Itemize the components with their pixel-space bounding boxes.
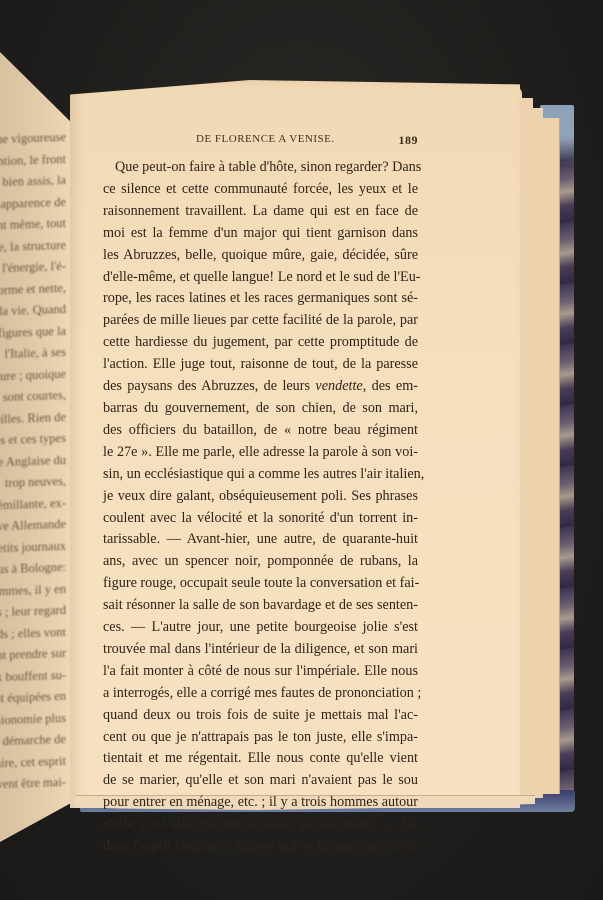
text-line: ces. — L'autre jour, une petite bourgeoi… bbox=[103, 617, 418, 639]
text-line: je veux dire galant, obséquieusement pol… bbox=[103, 486, 418, 508]
text-line: a interrogés, elle a corrigé mes fautes … bbox=[103, 683, 418, 705]
body-text: Que peut-on faire à table d'hôte, sinon … bbox=[103, 157, 418, 858]
text-line: tientait et me régentait. Elle nous cont… bbox=[103, 748, 418, 770]
text-line: pour entrer en ménage, etc. ; il y a tro… bbox=[103, 792, 418, 814]
text-line: Que peut-on faire à table d'hôte, sinon … bbox=[103, 157, 418, 179]
text-line: les Abruzzes, belle, quoique mûre, gaie,… bbox=[103, 245, 418, 267]
text-line: raisonnement travaillent. La dame qui es… bbox=[103, 201, 418, 223]
text-line: des paysans des Abruzzes, de leurs vende… bbox=[103, 376, 418, 398]
left-page-fragment: une vigoureuseention, le frontbien assis… bbox=[0, 52, 72, 842]
text-line: d'elle, c'est elle qui tient le dé et qu… bbox=[103, 814, 418, 836]
text-line: le 27e ». Elle me parle, elle adresse la… bbox=[103, 442, 418, 464]
text-line: l'a fait monter à côté de nous sur l'imp… bbox=[103, 661, 418, 683]
text-line: ce silence et cette communauté forcée, l… bbox=[103, 179, 418, 201]
text-line: quand deux ou trois fois de suite je met… bbox=[103, 705, 418, 727]
text-line: trouvée mal dans l'intérieur de la dilig… bbox=[103, 639, 418, 661]
text-line: cette hardiesse du jugement, par cette p… bbox=[103, 332, 418, 354]
text-line: tarissable. — Avant-hier, une autre, de … bbox=[103, 529, 418, 551]
text-line: d'elle-même, et quelle langue! Le nord e… bbox=[103, 267, 418, 289]
text-line: des officiers du bataillon, de « notre b… bbox=[103, 420, 418, 442]
text-line: coulent avec la vélocité et la sonorité … bbox=[103, 508, 418, 530]
page-number: 189 bbox=[399, 133, 419, 148]
left-text-line: vent être mai- bbox=[0, 772, 66, 800]
running-head-title: DE FLORENCE A VENISE. bbox=[196, 133, 335, 145]
page-edge bbox=[541, 118, 560, 794]
text-line: figure rouge, occupait seule toute la co… bbox=[103, 573, 418, 595]
text-line: sait résonner la salle de son bavardage … bbox=[103, 595, 418, 617]
text-line: barras du gouvernement, de son chien, de… bbox=[103, 398, 418, 420]
text-line: cent ou que je n'attrapais pas le ton ju… bbox=[103, 727, 418, 749]
text-line: dans l'esprit cinquante figures qui se r… bbox=[103, 836, 418, 858]
left-page-text: une vigoureuseention, le frontbien assis… bbox=[0, 127, 66, 800]
text-line: moi est la femme d'un major qui tient ga… bbox=[103, 223, 418, 245]
text-line: rope, les races latines et les races ger… bbox=[103, 288, 418, 310]
text-line: sin, un ecclésiastique qui a comme les a… bbox=[103, 464, 418, 486]
text-line: de se marier, qu'elle et son mari n'avai… bbox=[103, 770, 418, 792]
text-line: parées de mille lieues par cette facilit… bbox=[103, 310, 418, 332]
text-line: l'action. Elle juge tout, raisonne de to… bbox=[103, 354, 418, 376]
text-line: ans, avec un spencer noir, pomponnée de … bbox=[103, 551, 418, 573]
